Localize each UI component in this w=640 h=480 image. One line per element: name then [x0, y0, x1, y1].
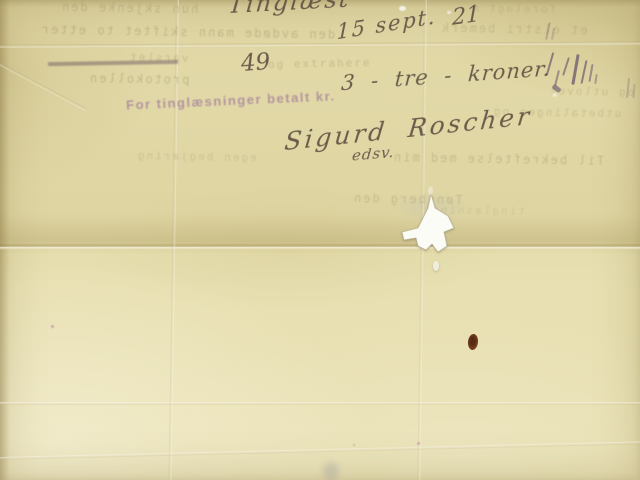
speck	[51, 325, 54, 328]
speck	[399, 6, 406, 11]
bleedthrough-fragment: den avdøde mann skiftet to etter	[40, 22, 335, 41]
handwritten-amount: 3 - tre - kroner.	[340, 57, 551, 96]
ink-stroke	[581, 60, 588, 84]
faint-blue-smudge	[323, 462, 339, 480]
ink-stroke	[571, 54, 579, 85]
fee-stamp-text: For tinglæsninger betalt kr.	[126, 88, 336, 112]
bleedthrough-fragment: forelagt m	[470, 1, 556, 16]
handwritten-journal-number: 49	[240, 49, 271, 77]
bleedthrough-fragment: og utlovet	[548, 84, 634, 99]
ink-stroke	[594, 74, 597, 84]
fold-shadow-band	[0, 216, 640, 244]
signature-title: edsv.	[351, 143, 395, 165]
speck	[417, 442, 420, 445]
document-photo: hun skjenke denforelagt met elstri bemer…	[0, 0, 640, 480]
brown-stain	[467, 334, 479, 351]
ink-stroke	[588, 64, 593, 82]
paper-tear-chip	[396, 192, 460, 280]
speck	[447, 11, 451, 14]
bleedthrough-fragment: hun skjenke den	[60, 0, 199, 16]
speck	[353, 444, 355, 446]
handwritten-date: 15 sept.	[336, 4, 436, 44]
handwritten-top-word: Tinglæst	[227, 0, 352, 19]
paper-sheet: hun skjenke denforelagt met elstri bemer…	[0, 0, 640, 480]
ink-stroke	[633, 84, 636, 98]
fold-crease-horizontal-2	[0, 244, 640, 250]
speck	[552, 93, 557, 97]
fold-crease-horizontal-4	[0, 441, 640, 460]
fold-crease-horizontal-3	[0, 402, 640, 405]
speck	[428, 186, 433, 195]
bleedthrough-fragment: egen begjæring	[136, 149, 257, 164]
fold-crease-horizontal-1	[0, 41, 640, 47]
handwritten-year: 21	[452, 2, 480, 31]
bleedthrough-strike-bar	[48, 60, 178, 66]
bleedthrough-fragment: protokollen	[88, 71, 190, 87]
signature: Sigurd Roscher	[283, 101, 533, 156]
bleedthrough-fragment: og extrahere	[268, 56, 372, 71]
bleedthrough-fragment: Til bekreftelse med min	[392, 150, 604, 168]
ink-stroke	[562, 57, 570, 76]
